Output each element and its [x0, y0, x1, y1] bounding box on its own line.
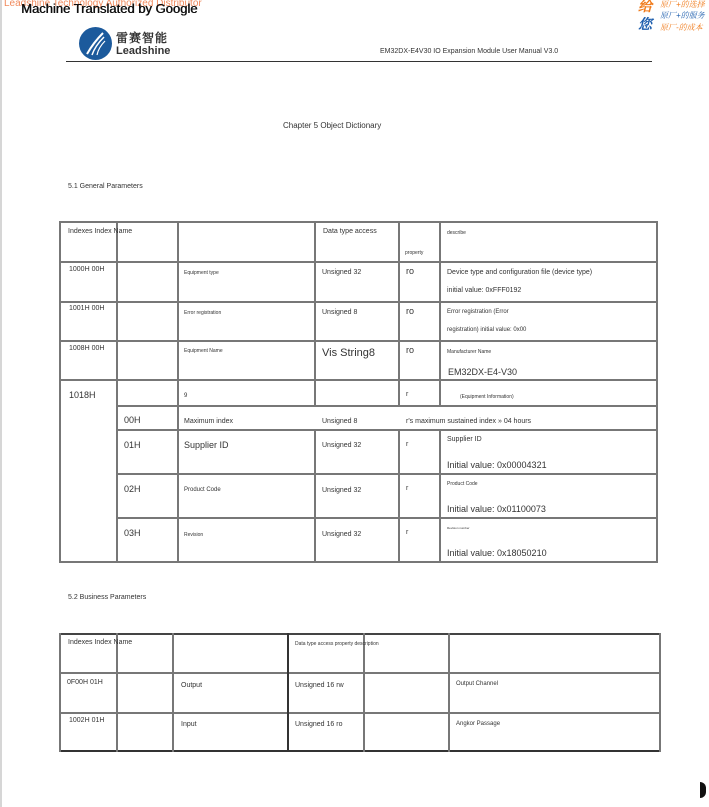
row-name: Revision	[184, 532, 203, 538]
row-index: 1008H 00H	[69, 345, 104, 352]
row-subindex: 02H	[124, 484, 141, 494]
table1-header-datatype-access: Data type access	[323, 228, 377, 235]
row-access: r	[406, 529, 408, 536]
table2-header-index-name: Indexes Index Name	[68, 639, 132, 646]
table2-header-datatype-access-desc: Data type access property description	[295, 641, 379, 647]
google-translate-watermark: Machine Translated by Google	[21, 1, 197, 16]
row-name: Product Code	[184, 487, 221, 493]
row-desc: Output Channel	[456, 681, 498, 687]
row-name: Output	[181, 682, 202, 689]
row-name: Maximum index	[184, 418, 233, 425]
row-type: Unsigned 16 rw	[295, 682, 344, 689]
promo-line-3: 原厂-的成本	[660, 22, 703, 33]
row-type: Unsigned 32	[322, 531, 361, 538]
row-name: Equipment type	[184, 270, 219, 276]
table1-header-property: property	[405, 250, 423, 256]
row-subindex: 03H	[124, 528, 141, 538]
document-header-title: EM32DX-E4V30 IO Expansion Module User Ma…	[380, 48, 558, 55]
row-type: Unsigned 8	[322, 309, 357, 316]
row-type: Unsigned 16 ro	[295, 721, 342, 728]
section-title-general: 5.1 General Parameters	[68, 183, 143, 190]
row-desc-1: Revision number	[447, 526, 470, 530]
promo-line-2: 原厂+的服务	[660, 10, 705, 21]
logo-text-cn: 雷赛智能	[116, 29, 168, 46]
row-desc-1: Manufacturer Name	[447, 349, 491, 355]
row-name: Error registration	[184, 310, 221, 316]
row-access: ro	[406, 345, 414, 355]
row-name: Supplier ID	[184, 440, 229, 450]
row-access: ro	[406, 266, 414, 276]
row-desc-1: Supplier ID	[447, 436, 482, 443]
row-name: Input	[181, 721, 197, 728]
promo-line-1: 原厂+的选择	[660, 0, 705, 10]
row-desc-2: EM32DX-E4-V30	[448, 367, 517, 377]
logo-emblem-icon	[79, 27, 112, 60]
row-desc-2: registration) initial value: 0x00	[447, 327, 526, 333]
promo-banner: 给 您 原厂+的选择 原厂+的服务 原厂-的成本	[636, 0, 709, 36]
row-access: r	[406, 391, 408, 398]
row-desc: Angkor Passage	[456, 721, 500, 727]
next-page-tab[interactable]	[700, 782, 706, 798]
row-desc-2: Initial value: 0x00004321	[447, 460, 547, 470]
promo-char-2: 您	[638, 14, 652, 34]
row-desc-2: Initial value: 0x01100073	[447, 504, 546, 514]
row-type: Unsigned 32	[322, 487, 361, 494]
row-index: 0F00H 01H	[67, 679, 103, 686]
page-left-edge	[0, 0, 2, 807]
row-subindex: 00H	[124, 415, 141, 425]
row-subindex: 01H	[124, 440, 141, 450]
header-divider	[66, 61, 652, 62]
row-name: Equipment Name	[184, 348, 223, 354]
row-index: 1002H 01H	[69, 717, 104, 724]
row-type: Unsigned 32	[322, 442, 361, 449]
row-desc-1: Error registration (Error	[447, 309, 509, 315]
group-index: 1018H	[69, 390, 96, 400]
row-index: 1001H 00H	[69, 305, 104, 312]
row-name: 9	[184, 393, 187, 399]
row-desc-1: Product Code	[447, 481, 478, 487]
row-access: r	[406, 441, 408, 448]
row-type: Vis String8	[322, 347, 375, 359]
logo-text-en: Leadshine	[116, 45, 170, 57]
row-desc-2: initial value: 0xFFF0192	[447, 287, 521, 294]
row-access-desc: r's maximum sustained index » 04 hours	[406, 418, 531, 425]
row-type: Unsigned 8	[322, 418, 357, 425]
leadshine-logo: 雷赛智能 Leadshine	[79, 27, 174, 61]
row-type: Unsigned 32	[322, 269, 361, 276]
row-index: 1000H 00H	[69, 266, 104, 273]
table1-header-describe: describe	[447, 230, 466, 236]
row-access: ro	[406, 306, 414, 316]
chapter-title: Chapter 5 Object Dictionary	[283, 121, 381, 130]
row-desc: (Equipment Information)	[460, 394, 514, 400]
table1-header-index-name: Indexes Index Name	[68, 228, 132, 235]
row-access: r	[406, 485, 408, 492]
section-title-business: 5.2 Business Parameters	[68, 594, 146, 601]
row-desc-2: Initial value: 0x18050210	[447, 548, 547, 558]
row-desc-1: Device type and configuration file (devi…	[447, 269, 592, 276]
